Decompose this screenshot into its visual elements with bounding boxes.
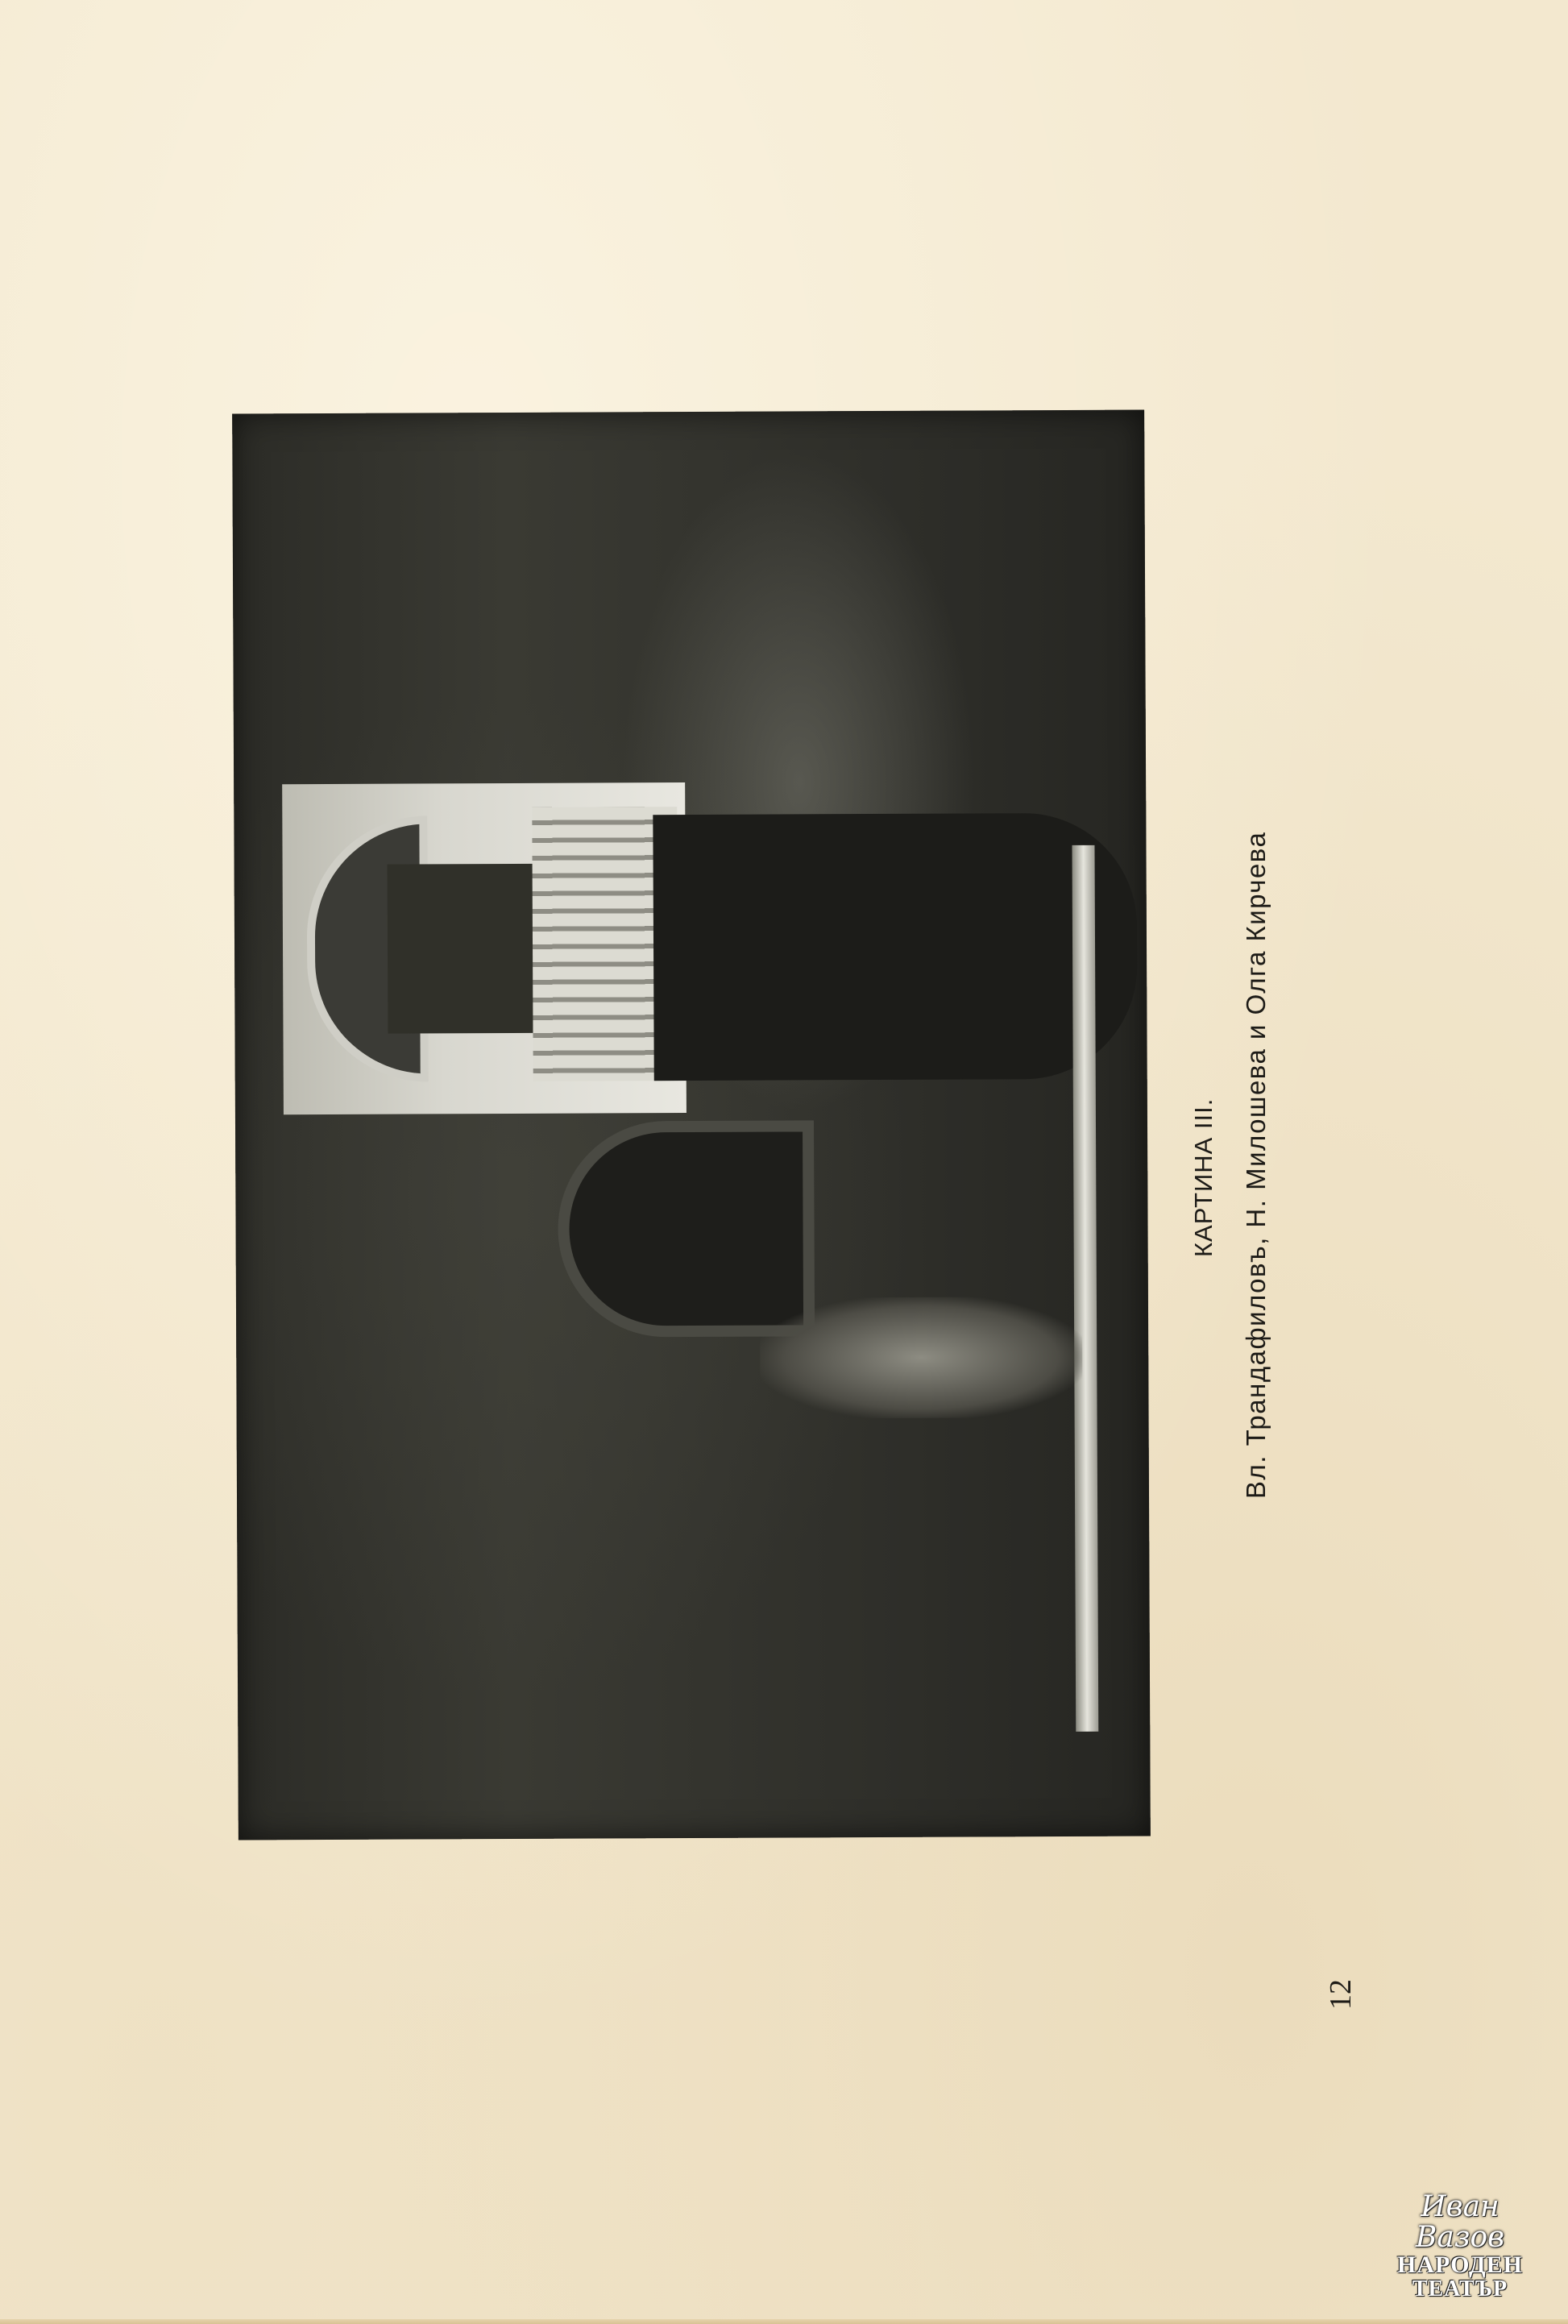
national-theatre-logo: Иван Вазов НАРОДЕН ТЕАТЪР	[1388, 2192, 1533, 2301]
page-number: 12	[1323, 1979, 1359, 2010]
photo-stage-floor	[1072, 845, 1098, 1732]
stage-photograph	[232, 410, 1151, 1841]
caption-title: КАРТИНА III.	[1189, 1098, 1218, 1257]
logo-line-2: ТЕАТЪР	[1388, 2277, 1533, 2301]
photo-actor-figure	[760, 1297, 1083, 1419]
photo-drape	[653, 813, 1137, 1081]
page-bottom-edge	[0, 2319, 1568, 2324]
logo-signature: Иван Вазов	[1388, 2192, 1533, 2253]
caption-cast: Вл. Трандафиловъ, Н. Милошева и Олга Кир…	[1241, 832, 1271, 1499]
logo-line-1: НАРОДЕН	[1388, 2253, 1533, 2277]
